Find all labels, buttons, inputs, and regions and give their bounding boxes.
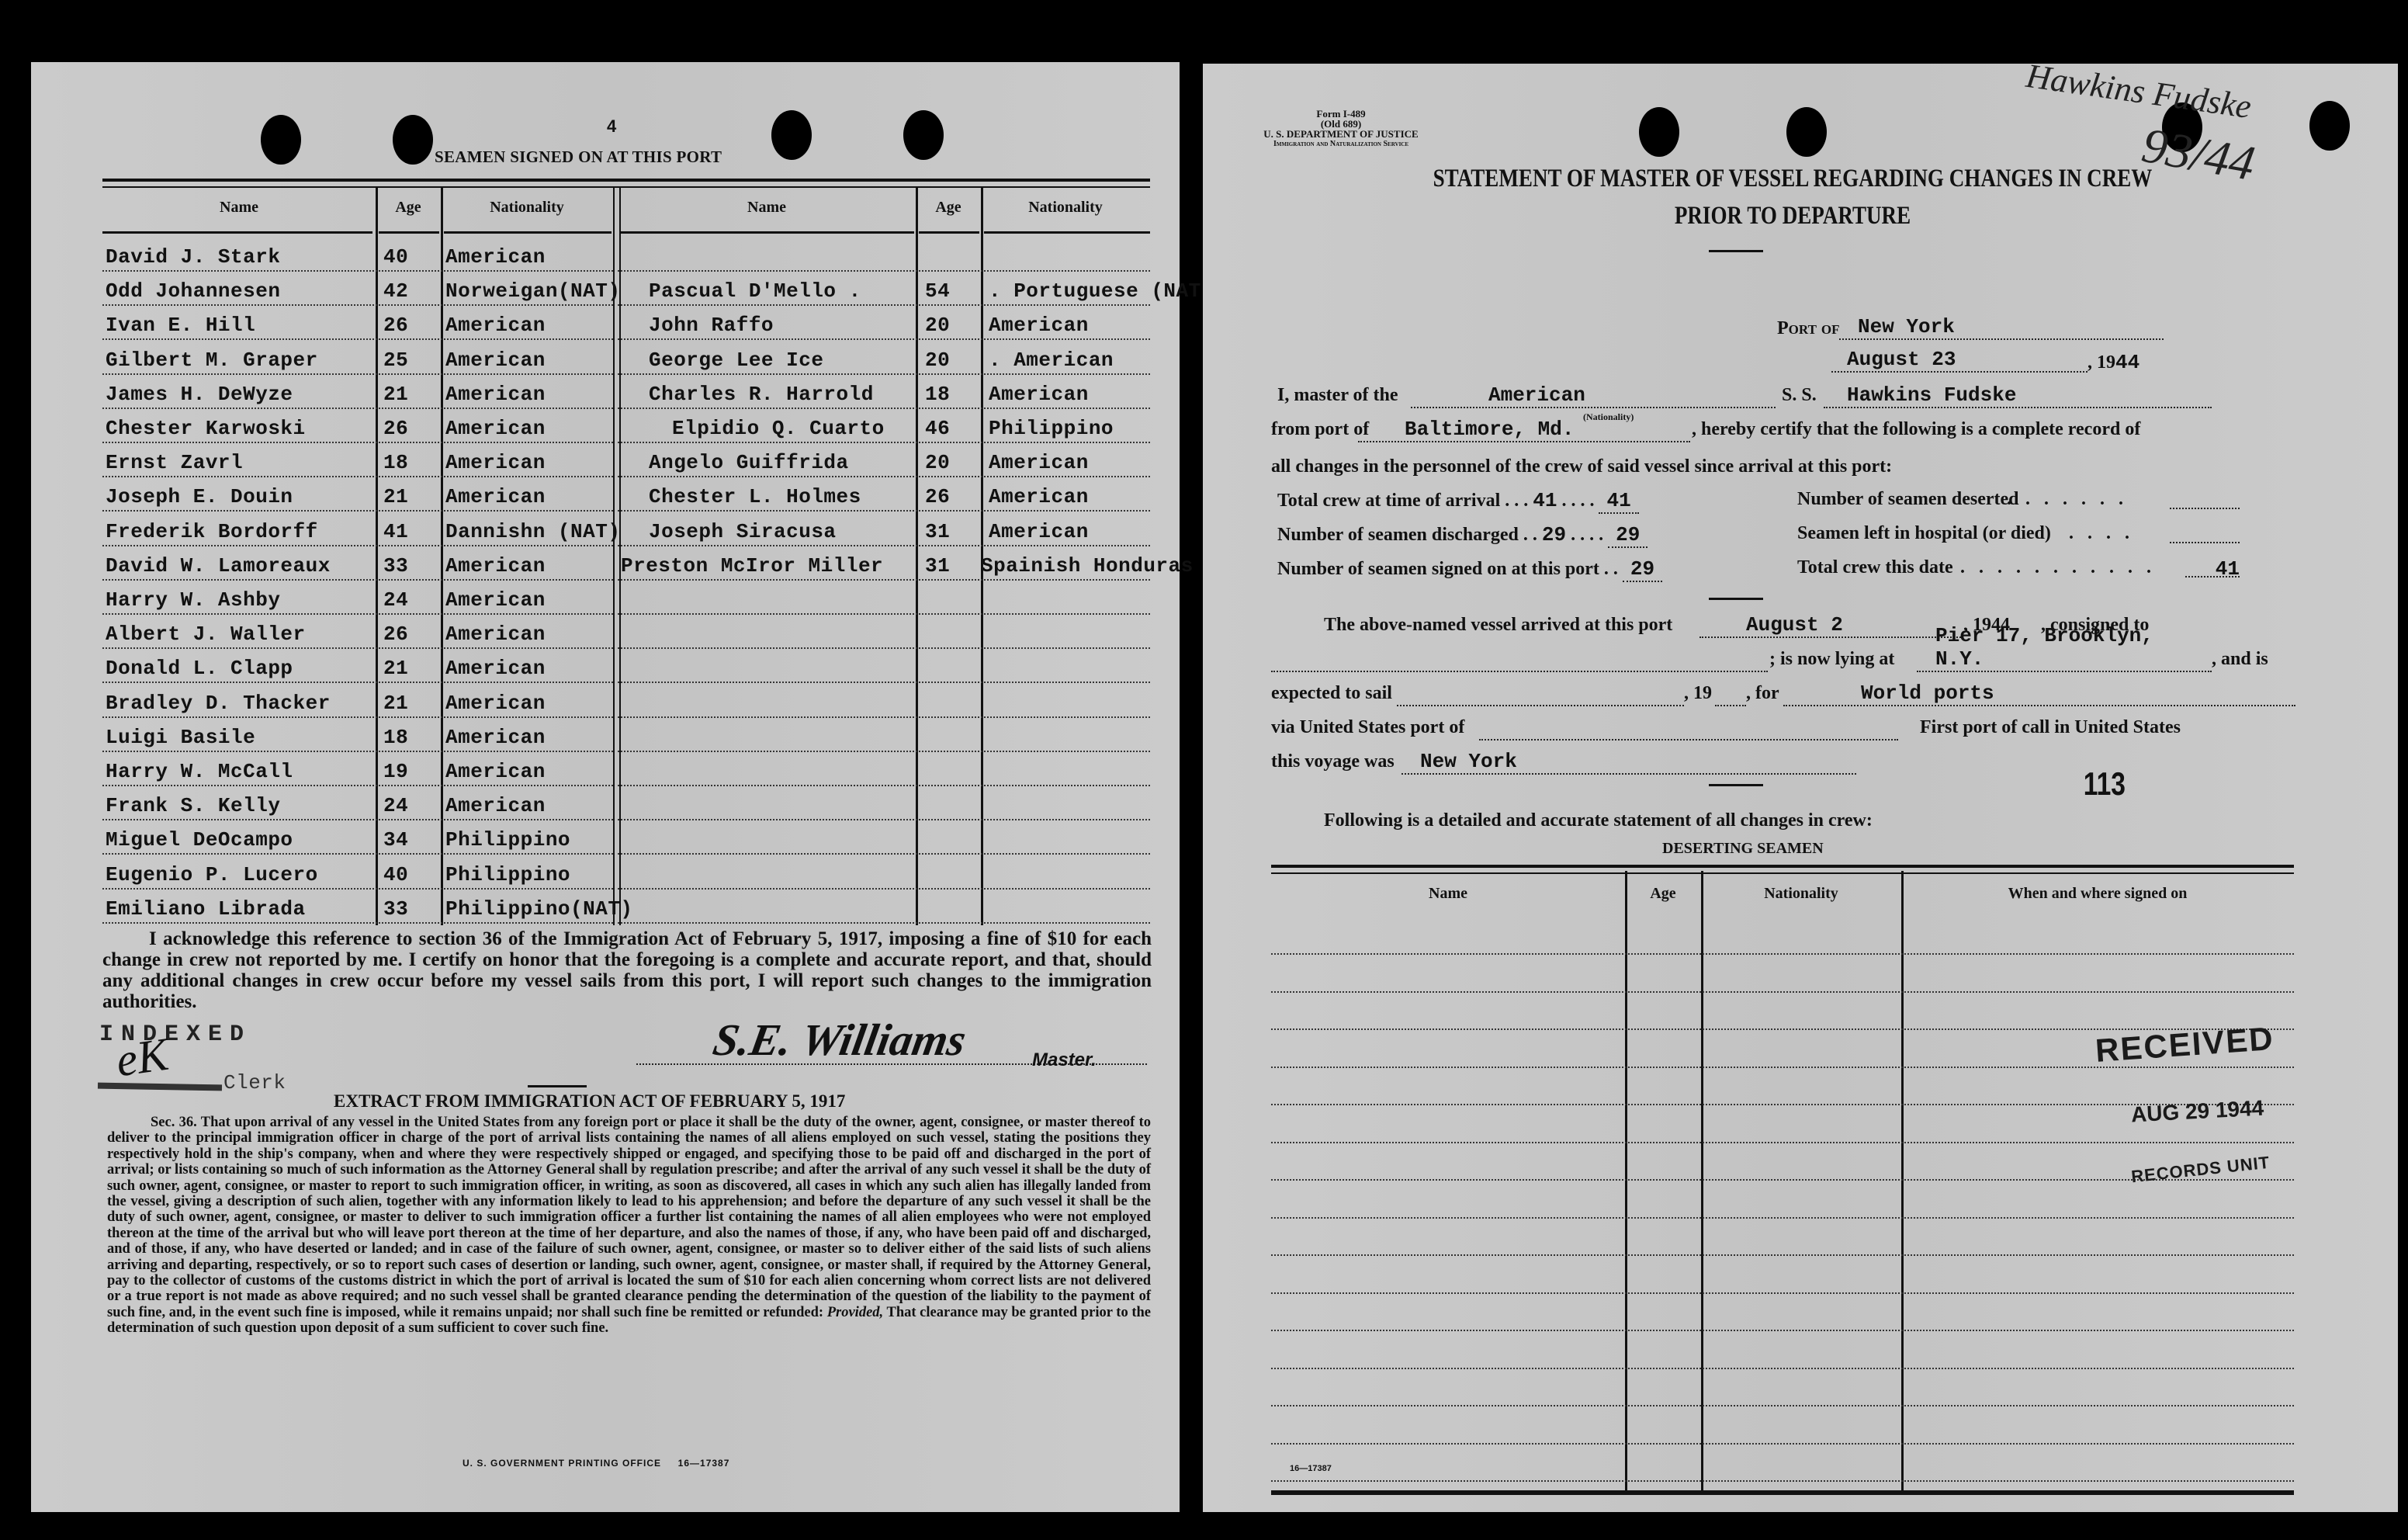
seaman-nationality: American [445,726,546,749]
year-prefix: , 19 [2088,352,2115,373]
seaman-nationality: American [989,383,1089,406]
seaman-name: Ivan E. Hill [106,314,255,337]
destination-value: World ports [1861,682,1994,705]
table-row: Eugenio P. Lucero40Philippino [102,854,613,890]
table-row [1271,1183,2294,1219]
seaman-name: Ernst Zavrl [106,451,243,474]
discharged-value-1: 29 [1542,523,1566,546]
seaman-name: Miguel DeOcampo [106,828,293,852]
signed-on-value: 29 [1623,557,1662,582]
seaman-age: 20 [925,451,950,474]
acknowledgement-text: I acknowledge this reference to section … [102,928,1152,1012]
table-row [618,579,1150,615]
clerk-line [98,1083,222,1091]
year-field: , 1944 [2088,351,2139,374]
seaman-age: 18 [383,451,408,474]
arrived-value: August 2 [1746,613,1843,636]
deserting-title: DESERTING SEAMEN [1662,840,1824,858]
seaman-name: Albert J. Waller [106,623,306,646]
punch-hole [2309,101,2350,151]
seaman-nationality: Spainish Honduras [981,554,1194,577]
seaman-age: 21 [383,383,408,406]
seaman-name: Chester Karwoski [106,417,306,440]
discharged-label: Number of seamen discharged [1277,525,1519,545]
column-header-nationality: Nationality [1701,885,1901,903]
separator-rule [528,1085,587,1087]
table-row: Charles R. Harrold18American [618,373,1150,409]
seaman-name: Harry W. Ashby [106,588,280,612]
deserted-label: Number of seamen deserted [1797,489,2019,510]
seaman-name: Charles R. Harrold [649,383,874,406]
form-title-line1: STATEMENT OF MASTER OF VESSEL REGARDING … [1347,165,2238,193]
following-text: Following is a detailed and accurate sta… [1324,810,1873,831]
seaman-name: Joseph E. Douin [106,485,293,508]
page-number: 4 [607,116,616,137]
seaman-nationality: American [445,485,546,508]
table-row: Chester L. Holmes26American [618,476,1150,512]
column-header-nationality: Nationality [981,199,1150,217]
punch-hole [903,110,944,160]
seaman-nationality: American [989,314,1089,337]
from-port-label: from port of [1271,419,1369,440]
table-row: Ivan E. Hill26American [102,304,613,340]
total-crew-value: 41 [2185,557,2240,577]
deserted-dots: . . . . . . . [2007,489,2128,510]
seaman-age: 19 [383,760,408,783]
port-label: Port of [1777,318,1840,339]
destination-field: World ports [1783,683,2295,706]
seaman-nationality: Philippino [445,828,570,852]
master-label: Master. [1032,1049,1097,1071]
certify-text-2: all changes in the personnel of the crew… [1271,456,1892,477]
seaman-name: Frank S. Kelly [106,794,280,817]
seaman-name: Joseph Siracusa [649,520,837,543]
table-row: Preston McIror Miller31Spainish Honduras [618,545,1150,581]
indexed-initials: eK [113,1028,172,1088]
voyage-rule [1709,784,1763,786]
table-row: Harry W. Ashby24American [102,579,613,615]
seaman-name: David J. Stark [106,245,280,269]
seaman-age: 18 [383,726,408,749]
form-header: Form I-489 (Old 689) U. S. DEPARTMENT OF… [1263,109,1419,149]
table-row [618,888,1150,924]
arrival-label: Total crew at time of arrival [1277,491,1500,511]
table-row: Frank S. Kelly24American [102,785,613,820]
signed-on-label: Number of seamen signed on at this port [1277,559,1599,579]
header-rule [102,231,372,234]
column-header-age: Age [916,199,981,217]
seaman-name: John Raffo [649,314,774,337]
seaman-nationality: American [445,623,546,646]
seaman-nationality: American [989,485,1089,508]
seaman-age: 33 [383,897,408,921]
hospital-value [2170,523,2240,543]
date-value: August 23 [1847,348,1956,371]
seaman-name: Odd Johannesen [106,279,280,303]
hospital-dots: . . . . [2069,523,2134,544]
seaman-nationality: American [445,657,546,680]
arrived-field: August 2 [1699,615,1963,638]
table-row [1271,919,2294,955]
seaman-age: 40 [383,863,408,886]
seaman-nationality: Norweigan(NAT) [445,279,620,303]
table-row: John Raffo20American [618,304,1150,340]
header-rule [984,231,1150,234]
stats-row-3: Number of seamen signed on at this port … [1277,557,2302,581]
seamen-signed-on-table: Name Age Nationality Name Age Nationalit… [102,179,1150,925]
punch-hole [1639,107,1679,157]
voyage-field: New York [1401,751,1856,775]
extract-section-label: Sec. 36. [151,1115,197,1130]
seaman-name: George Lee Ice [649,349,823,372]
arrived-label: The above-named vessel arrived at this p… [1324,615,1672,636]
master-signature: S.E. Williams [709,1014,970,1066]
table-row [618,751,1150,786]
first-port-label: First port of call in United States [1920,717,2181,738]
table-row: Odd Johannesen42Norweigan(NAT) [102,270,613,306]
punch-hole [771,110,812,160]
table-row: Luigi Basile18American [102,716,613,752]
table-bottom-rule [1271,1490,2294,1495]
seaman-nationality: American [445,383,546,406]
seaman-nationality: Philippino(NAT) [445,897,633,921]
seaman-age: 46 [925,417,950,440]
table-row [1271,1258,2294,1294]
table-row [1271,1409,2294,1445]
lying-at-value: Pier 17, Brooklyn, N.Y. [1935,624,2212,671]
seaman-name: Harry W. McCall [106,760,293,783]
seaman-nationality: American [445,554,546,577]
table-row: Donald L. Clapp21American [102,647,613,683]
table-row [1271,1446,2294,1482]
seaman-age: 42 [383,279,408,303]
table-row: Miguel DeOcampo34Philippino [102,819,613,855]
voyage-value: New York [1420,750,1517,773]
seaman-name: Elpidio Q. Cuarto [672,417,885,440]
port-field: New York [1839,320,2164,340]
seaman-name: Eugenio P. Lucero [106,863,318,886]
seaman-age: 41 [383,520,408,543]
punch-hole [1786,107,1827,157]
left-page: 4 SEAMEN SIGNED ON AT THIS PORT Name Age… [31,62,1180,1512]
title-rule [1709,250,1763,252]
table-row [1271,1070,2294,1105]
seaman-age: 20 [925,349,950,372]
table-row [1271,1334,2294,1369]
table-row [618,785,1150,820]
date-field: August 23 [1831,351,2088,373]
stats-row-2: Number of seamen discharged . . 29 . . .… [1277,523,2302,546]
stats-row-1: Total crew at time of arrival . . . 41 .… [1277,489,2302,512]
seaman-age: 34 [383,828,408,852]
header-rule [619,231,914,234]
table-row [618,236,1150,272]
total-crew-label: Total crew this date [1797,557,1953,578]
service: Immigration and Naturalization Service [1263,139,1419,149]
table-top-rule [1271,865,2294,874]
seaman-age: 25 [383,349,408,372]
seaman-nationality: American [445,588,546,612]
stamp-number: 113 [2084,765,2126,803]
punch-hole [393,115,433,165]
seaman-nationality: American [445,245,546,269]
table-row [1271,1220,2294,1256]
seaman-name: Chester L. Holmes [649,485,861,508]
table-row: Frederik Bordorff41Dannishn (NAT) [102,511,613,546]
via-port-label: via United States port of [1271,717,1464,738]
hospital-label: Seamen left in hospital (or died) [1797,523,2051,544]
seaman-age: 26 [383,623,408,646]
table-row: Harry W. McCall19American [102,751,613,786]
table-row: Gilbert M. Graper25American [102,339,613,375]
table-row: George Lee Ice20. American [618,339,1150,375]
seaman-age: 24 [383,794,408,817]
seaman-name: Preston McIror Miller [621,554,883,577]
voyage-label: this voyage was [1271,751,1395,772]
section-title: SEAMEN SIGNED ON AT THIS PORT [435,147,722,167]
seaman-age: 33 [383,554,408,577]
seaman-age: 26 [383,417,408,440]
table-row: Joseph Siracusa31American [618,511,1150,546]
seaman-age: 20 [925,314,950,337]
seaman-name: Frederik Bordorff [106,520,318,543]
seaman-age: 26 [925,485,950,508]
seaman-name: Luigi Basile [106,726,255,749]
seaman-name: David W. Lamoreaux [106,554,331,577]
seaman-nationality: American [445,417,546,440]
table-row [618,613,1150,649]
column-header-name: Name [618,199,916,217]
expected-year-field [1715,683,1746,706]
column-header-name: Name [102,199,376,217]
table-row [618,819,1150,855]
header-rule [379,231,439,234]
seaman-nationality: American [445,349,546,372]
seaman-age: 26 [383,314,408,337]
seaman-name: Gilbert M. Graper [106,349,318,372]
table-row: Ernst Zavrl18American [102,442,613,477]
for-label: , for [1746,683,1779,704]
seaman-age: 24 [383,588,408,612]
consignee-field [1271,649,1768,672]
seaman-age: 31 [925,520,950,543]
printing-office-footer: U. S. GOVERNMENT PRINTING OFFICE 16—1738… [463,1458,729,1469]
table-row: James H. DeWyze21American [102,373,613,409]
seaman-nationality: American [445,451,546,474]
column-header-age: Age [376,199,441,217]
seaman-name: Pascual D'Mello . [649,279,861,303]
column-header-age: Age [1625,885,1701,903]
seaman-nationality: . Portuguese (NAT) [989,279,1214,303]
extract-body: Sec. 36. That upon arrival of any vessel… [107,1115,1151,1337]
handwritten-vessel-note: Hawkins Fudske [2024,56,2254,127]
column-header-name: Name [1271,885,1625,903]
table-row: Elpidio Q. Cuarto46Philippino [618,408,1150,443]
seaman-nationality: American [445,314,546,337]
table-row [618,716,1150,752]
extract-title: EXTRACT FROM IMMIGRATION ACT OF FEBRUARY… [334,1091,845,1112]
header-rule [919,231,979,234]
table-row: Angelo Guiffrida20American [618,442,1150,477]
table-row [618,682,1150,718]
seaman-nationality: American [445,794,546,817]
table-row [1271,1371,2294,1406]
lying-at-field: Pier 17, Brooklyn, N.Y. [1917,649,2212,672]
table-row [1271,957,2294,993]
punch-hole [261,115,301,165]
form-footer-code: 16—17387 [1290,1464,1332,1473]
ss-label: S. S. [1782,385,1817,406]
seaman-nationality: . American [989,349,1114,372]
table-row [618,854,1150,890]
extract-text: That upon arrival of any vessel in the U… [107,1115,1151,1320]
port-value: New York [1858,315,1955,338]
table-top-rule [102,179,1150,188]
extract-provided: Provided, [827,1305,883,1320]
seaman-nationality: American [445,692,546,715]
table-row [1271,1295,2294,1331]
seaman-age: 54 [925,279,950,303]
table-row: Albert J. Waller26American [102,613,613,649]
stats-rule [1709,598,1763,600]
department: U. S. DEPARTMENT OF JUSTICE [1263,129,1419,139]
certify-text: , hereby certify that the following is a… [1692,419,2140,440]
year-value: 44 [2115,351,2139,374]
seaman-nationality: American [989,451,1089,474]
table-row: Chester Karwoski26American [102,408,613,443]
header-rule [444,231,612,234]
seaman-age: 18 [925,383,950,406]
seaman-name: Donald L. Clapp [106,657,293,680]
lying-at-label: ; is now lying at [1769,649,1894,670]
via-port-field [1479,717,1898,741]
seaman-nationality: Philippino [445,863,570,886]
total-crew-dots: . . . . . . . . . . . [1960,557,2156,578]
vessel-nationality-value: American [1488,383,1585,407]
deserted-value [2170,489,2240,509]
seaman-nationality: American [445,760,546,783]
table-row: Emiliano Librada33Philippino(NAT) [102,888,613,924]
table-row: Pascual D'Mello .54. Portuguese (NAT) [618,270,1150,306]
arrival-value-1: 41 [1533,489,1557,512]
seaman-nationality: Dannishn (NAT) [445,520,620,543]
seaman-age: 40 [383,245,408,269]
table-row: Bradley D. Thacker21American [102,682,613,718]
seaman-name: Emiliano Librada [106,897,306,921]
column-header-nationality: Nationality [441,199,613,217]
arrival-value-2: 41 [1599,489,1638,514]
discharged-value-2: 29 [1608,523,1647,548]
and-is-label: , and is [2212,649,2268,670]
table-row: David J. Stark40American [102,236,613,272]
master-of-label: I, master of the [1277,385,1398,406]
seaman-age: 21 [383,657,408,680]
table-row: Joseph E. Douin21American [102,476,613,512]
form-title-line2: PRIOR TO DEPARTURE [1347,202,2238,231]
from-port-field: Baltimore, Md. [1358,419,1690,442]
table-row: David W. Lamoreaux33American [102,545,613,581]
right-page: Form I-489 (Old 689) U. S. DEPARTMENT OF… [1203,64,2398,1512]
expected-sail-field [1397,683,1684,706]
seaman-nationality: American [989,520,1089,543]
column-header-when-where: When and where signed on [1901,885,2294,903]
seaman-age: 31 [925,554,950,577]
ship-name-value: Hawkins Fudske [1847,383,2016,407]
expected-year: , 19 [1684,683,1712,704]
seaman-name: Bradley D. Thacker [106,692,331,715]
seaman-name: Angelo Guiffrida [649,451,849,474]
seaman-age: 21 [383,692,408,715]
clerk-label: Clerk [223,1071,286,1094]
seaman-age: 21 [383,485,408,508]
ship-name-field: Hawkins Fudske [1824,385,2212,408]
seaman-nationality: Philippino [989,417,1114,440]
table-row [618,647,1150,683]
expected-sail-label: expected to sail [1271,683,1392,704]
from-port-value: Baltimore, Md. [1405,418,1574,441]
nationality-field: American [1411,385,1776,408]
seaman-name: James H. DeWyze [106,383,293,406]
table-row [1271,994,2294,1030]
